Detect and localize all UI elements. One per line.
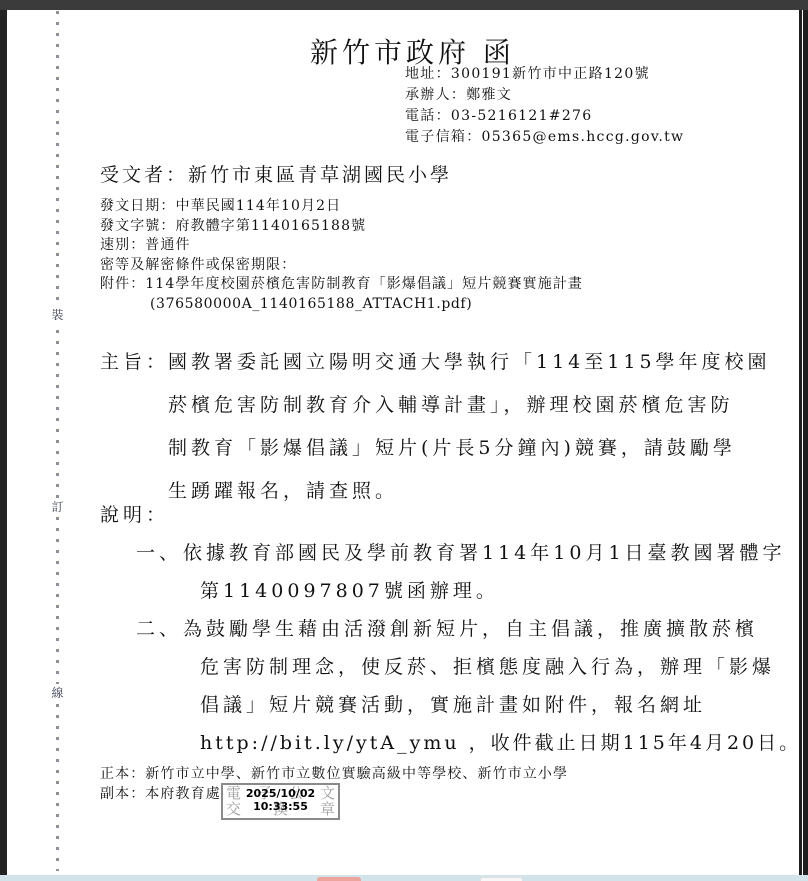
binding-dotted-line [56, 11, 59, 871]
window-left-edge [0, 10, 7, 876]
stamp-date: 2025/10/02 [223, 787, 338, 800]
hidden-white-button-sliver[interactable] [480, 877, 523, 881]
item2-line: 倡議」短片競賽活動，實施計畫如附件，報名網址 [200, 690, 706, 717]
issue-number: 發文字號：府教體字第1140165188號 [100, 217, 583, 237]
binding-mark-zhuang: 裝 [49, 306, 66, 324]
window-right-divider [802, 10, 803, 875]
document-viewer: 裝 訂 線 新竹市政府 函 地址：300191新竹市中正路120號 承辦人：鄭雅… [0, 0, 808, 881]
subject-line: 生踴躍報名，請查照。 [168, 476, 398, 503]
item1-line: 依據教育部國民及學前教育署114年10月1日臺教國署體字 [183, 538, 786, 565]
description-label: 說明： [100, 500, 169, 527]
subject-label: 主旨： [100, 347, 169, 374]
speed-class: 速別：普通件 [100, 236, 583, 256]
agency-contact-block: 地址：300191新竹市中正路120號 承辦人：鄭雅文 電話：03-521612… [405, 64, 684, 148]
binding-mark-ding: 訂 [49, 498, 66, 516]
subject-line: 菸檳危害防制教育介入輔導計畫」，辦理校園菸檳危害防 [168, 390, 734, 417]
issue-date: 發文日期：中華民國114年10月2日 [100, 197, 583, 217]
subject-line: 制教育「影爆倡議」短片(片長5分鐘內)競賽，請鼓勵學 [168, 433, 736, 460]
stamp-datetime: 2025/10/02 10:33:55 [223, 787, 338, 813]
original-copy-recipients: 正本：新竹市立中學、新竹市立數位實驗高級中等學校、新竹市立小學 [100, 763, 568, 783]
item2-line: 危害防制理念，使反菸、拒檳態度融入行為，辦理「影爆 [200, 652, 775, 679]
background-app-strip [0, 875, 808, 881]
item1-line: 第1140097807號函辦理。 [200, 576, 499, 603]
window-top-edge [0, 0, 808, 10]
recipient-line: 受文者：新竹市東區青草湖國民小學 [100, 160, 452, 187]
subject-line: 國教署委託國立陽明交通大學執行「114至115學年度校園 [168, 347, 771, 374]
security-class: 密等及解密條件或保密期限： [100, 256, 583, 276]
electronic-exchange-stamp: 電 子 公 文 交 換 章 2025/10/02 10:33:55 [221, 783, 340, 820]
binding-mark-xian: 線 [49, 684, 66, 702]
cc-recipients: 副本：本府教育處 [100, 783, 221, 803]
stamp-time: 10:33:55 [223, 800, 338, 813]
hidden-pink-button-sliver[interactable] [317, 877, 361, 881]
document-meta-block: 發文日期：中華民國114年10月2日 發文字號：府教體字第1140165188號… [100, 197, 583, 314]
item2-marker: 二、 [136, 614, 182, 641]
agency-address: 地址：300191新竹市中正路120號 [405, 64, 684, 85]
attachment-filename: (376580000A_1140165188_ATTACH1.pdf) [100, 295, 583, 315]
agency-email: 電子信箱：05365@ems.hccg.gov.tw [405, 127, 684, 148]
agency-phone: 電話：03-5216121#276 [405, 106, 684, 127]
item1-marker: 一、 [136, 538, 182, 565]
agency-contact-person: 承辦人：鄭雅文 [405, 85, 684, 106]
attachment-title: 附件：114學年度校園菸檳危害防制教育「影爆倡議」短片競賽實施計畫 [100, 275, 583, 295]
item2-line: 為鼓勵學生藉由活潑創新短片，自主倡議，推廣擴散菸檳 [183, 614, 758, 641]
item2-registration-url-line: http://bit.ly/ytA_ymu ，收件截止日期115年4月20日。 [200, 728, 801, 755]
